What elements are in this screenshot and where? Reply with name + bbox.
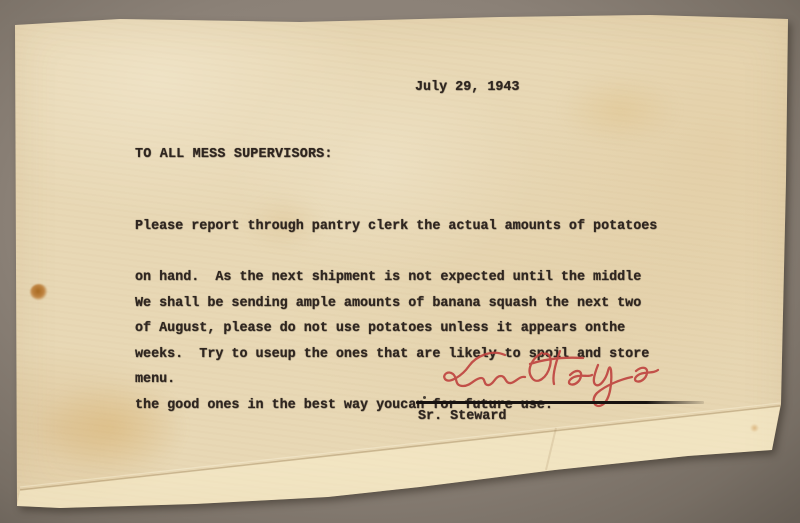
stain-spot-left: [30, 284, 48, 300]
stain-patch-top-right: [560, 75, 680, 145]
paper-sheet-wrap: July 29, 1943 TO ALL MESS SUPERVISORS: P…: [0, 0, 800, 523]
scanned-memo-photo: July 29, 1943 TO ALL MESS SUPERVISORS: P…: [0, 0, 800, 523]
ink-speck: [423, 396, 426, 399]
stain-dot-flap: [750, 424, 759, 432]
memo-line: We shall be sending ample amounts of ban…: [135, 295, 649, 312]
signature-title: Sr. Steward: [418, 408, 506, 425]
memo-salutation: TO ALL MESS SUPERVISORS:: [135, 146, 333, 163]
signature-line: [416, 401, 704, 404]
paper-sheet: July 29, 1943 TO ALL MESS SUPERVISORS: P…: [0, 0, 800, 523]
memo-date: July 29, 1943: [415, 79, 519, 96]
memo-line: Please report through pantry clerk the a…: [135, 218, 657, 235]
